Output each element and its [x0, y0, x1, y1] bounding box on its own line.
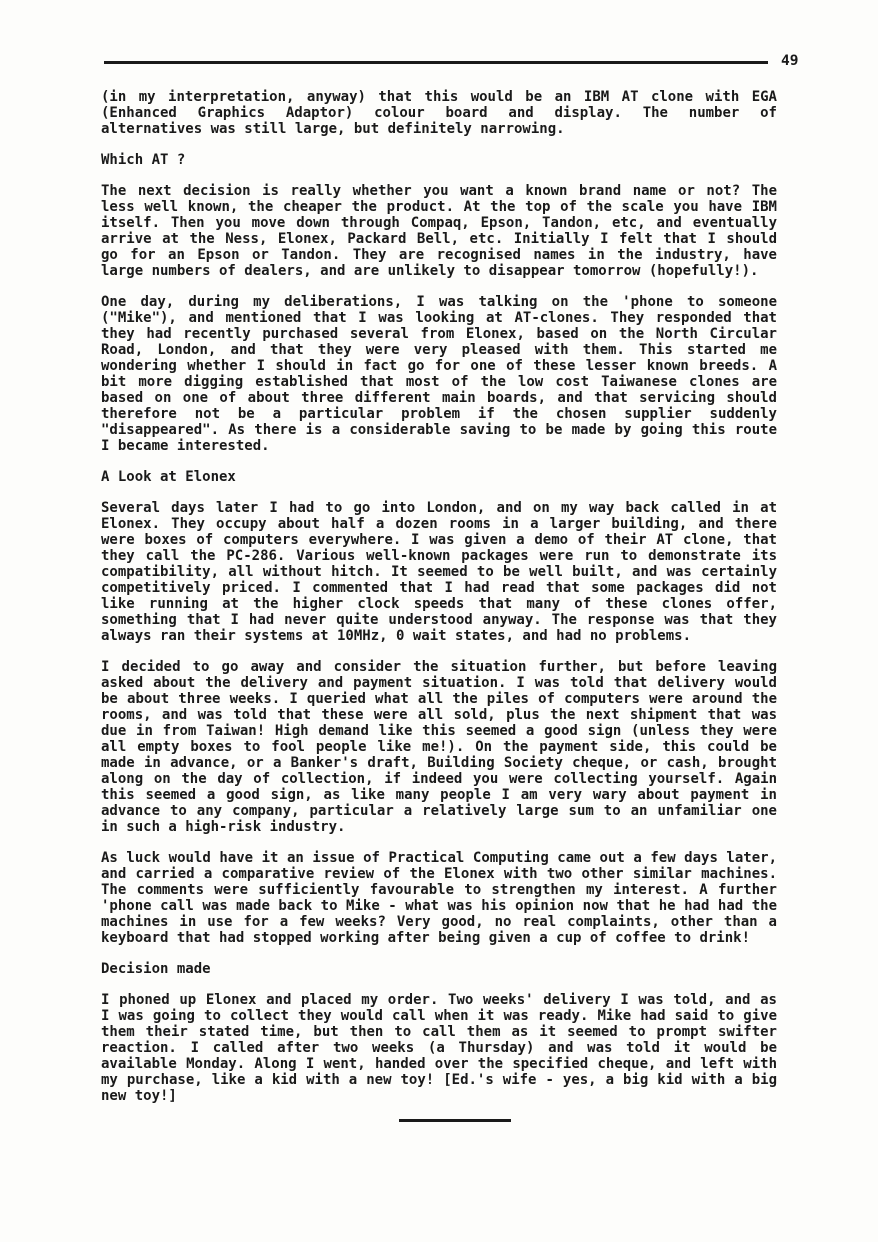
text-line: rooms, and was told that these were all … [101, 707, 777, 723]
text-line: Several days later I had to go into Lond… [101, 500, 777, 516]
paragraph: The next decision is really whether you … [101, 183, 777, 279]
text-line: available Monday. Along I went, handed o… [101, 1056, 777, 1072]
text-line: (in my interpretation, anyway) that this… [101, 89, 777, 105]
text-line: arrive at the Ness, Elonex, Packard Bell… [101, 231, 777, 247]
text-line: (Enhanced Graphics Adaptor) colour board… [101, 105, 777, 121]
paragraph: I phoned up Elonex and placed my order. … [101, 992, 777, 1104]
text-line: them their stated time, but then to call… [101, 1024, 777, 1040]
text-line: I became interested. [101, 438, 777, 454]
text-line: and carried a comparative review of the … [101, 866, 777, 882]
text-line: 'phone call was made back to Mike - what… [101, 898, 777, 914]
text-line: advance to any company, particular a rel… [101, 803, 777, 819]
text-line: I was going to collect they would call w… [101, 1008, 777, 1024]
text-line: compatibility, all without hitch. It see… [101, 564, 777, 580]
text-line: asked about the delivery and payment sit… [101, 675, 777, 691]
text-line: based on one of about three different ma… [101, 390, 777, 406]
text-line: new toy!] [101, 1088, 777, 1104]
text-line: they call the PC-286. Various well-known… [101, 548, 777, 564]
text-line: be about three weeks. I queried what all… [101, 691, 777, 707]
text-line: all empty boxes to fool people like me!)… [101, 739, 777, 755]
text-line: competitively priced. I commented that I… [101, 580, 777, 596]
page-number: 49 [781, 53, 798, 69]
text-line: As luck would have it an issue of Practi… [101, 850, 777, 866]
text-line: itself. Then you move down through Compa… [101, 215, 777, 231]
paragraph: One day, during my deliberations, I was … [101, 294, 777, 454]
text-line: reaction. I called after two weeks (a Th… [101, 1040, 777, 1056]
article-end-rule [399, 1119, 511, 1122]
text-line: Road, London, and that they were very pl… [101, 342, 777, 358]
text-line: "disappeared". As there is a considerabl… [101, 422, 777, 438]
text-line: One day, during my deliberations, I was … [101, 294, 777, 310]
section-heading: Decision made [101, 961, 777, 977]
scanned-page: 49 (in my interpretation, anyway) that t… [0, 0, 878, 1242]
paragraph: (in my interpretation, anyway) that this… [101, 89, 777, 137]
text-line: I phoned up Elonex and placed my order. … [101, 992, 777, 1008]
text-line: in such a high-risk industry. [101, 819, 777, 835]
text-line: ("Mike"), and mentioned that I was looki… [101, 310, 777, 326]
text-line: like running at the higher clock speeds … [101, 596, 777, 612]
text-line: my purchase, like a kid with a new toy! … [101, 1072, 777, 1088]
text-line: this seemed a good sign, as like many pe… [101, 787, 777, 803]
text-line: I decided to go away and consider the si… [101, 659, 777, 675]
text-line: keyboard that had stopped working after … [101, 930, 777, 946]
text-line: something that I had never quite underst… [101, 612, 777, 628]
section-heading: A Look at Elonex [101, 469, 777, 485]
text-line: bit more digging established that most o… [101, 374, 777, 390]
text-line: therefore not be a particular problem if… [101, 406, 777, 422]
text-line: due in from Taiwan! High demand like thi… [101, 723, 777, 739]
text-line: go for an Epson or Tandon. They are reco… [101, 247, 777, 263]
paragraph: I decided to go away and consider the si… [101, 659, 777, 835]
paragraph: Several days later I had to go into Lond… [101, 500, 777, 644]
document-body: (in my interpretation, anyway) that this… [101, 89, 777, 1122]
text-line: always ran their systems at 10MHz, 0 wai… [101, 628, 777, 644]
text-line: wondering whether I should in fact go fo… [101, 358, 777, 374]
text-line: were boxes of computers everywhere. I wa… [101, 532, 777, 548]
text-line: machines in use for a few weeks? Very go… [101, 914, 777, 930]
text-line: made in advance, or a Banker's draft, Bu… [101, 755, 777, 771]
text-line: alternatives was still large, but defini… [101, 121, 777, 137]
paragraph: As luck would have it an issue of Practi… [101, 850, 777, 946]
text-line: The comments were sufficiently favourabl… [101, 882, 777, 898]
text-line: The next decision is really whether you … [101, 183, 777, 199]
text-line: along on the day of collection, if indee… [101, 771, 777, 787]
text-line: large numbers of dealers, and are unlike… [101, 263, 777, 279]
section-heading: Which AT ? [101, 152, 777, 168]
text-line: they had recently purchased several from… [101, 326, 777, 342]
header-rule [104, 61, 768, 64]
text-line: Elonex. They occupy about half a dozen r… [101, 516, 777, 532]
text-line: less well known, the cheaper the product… [101, 199, 777, 215]
